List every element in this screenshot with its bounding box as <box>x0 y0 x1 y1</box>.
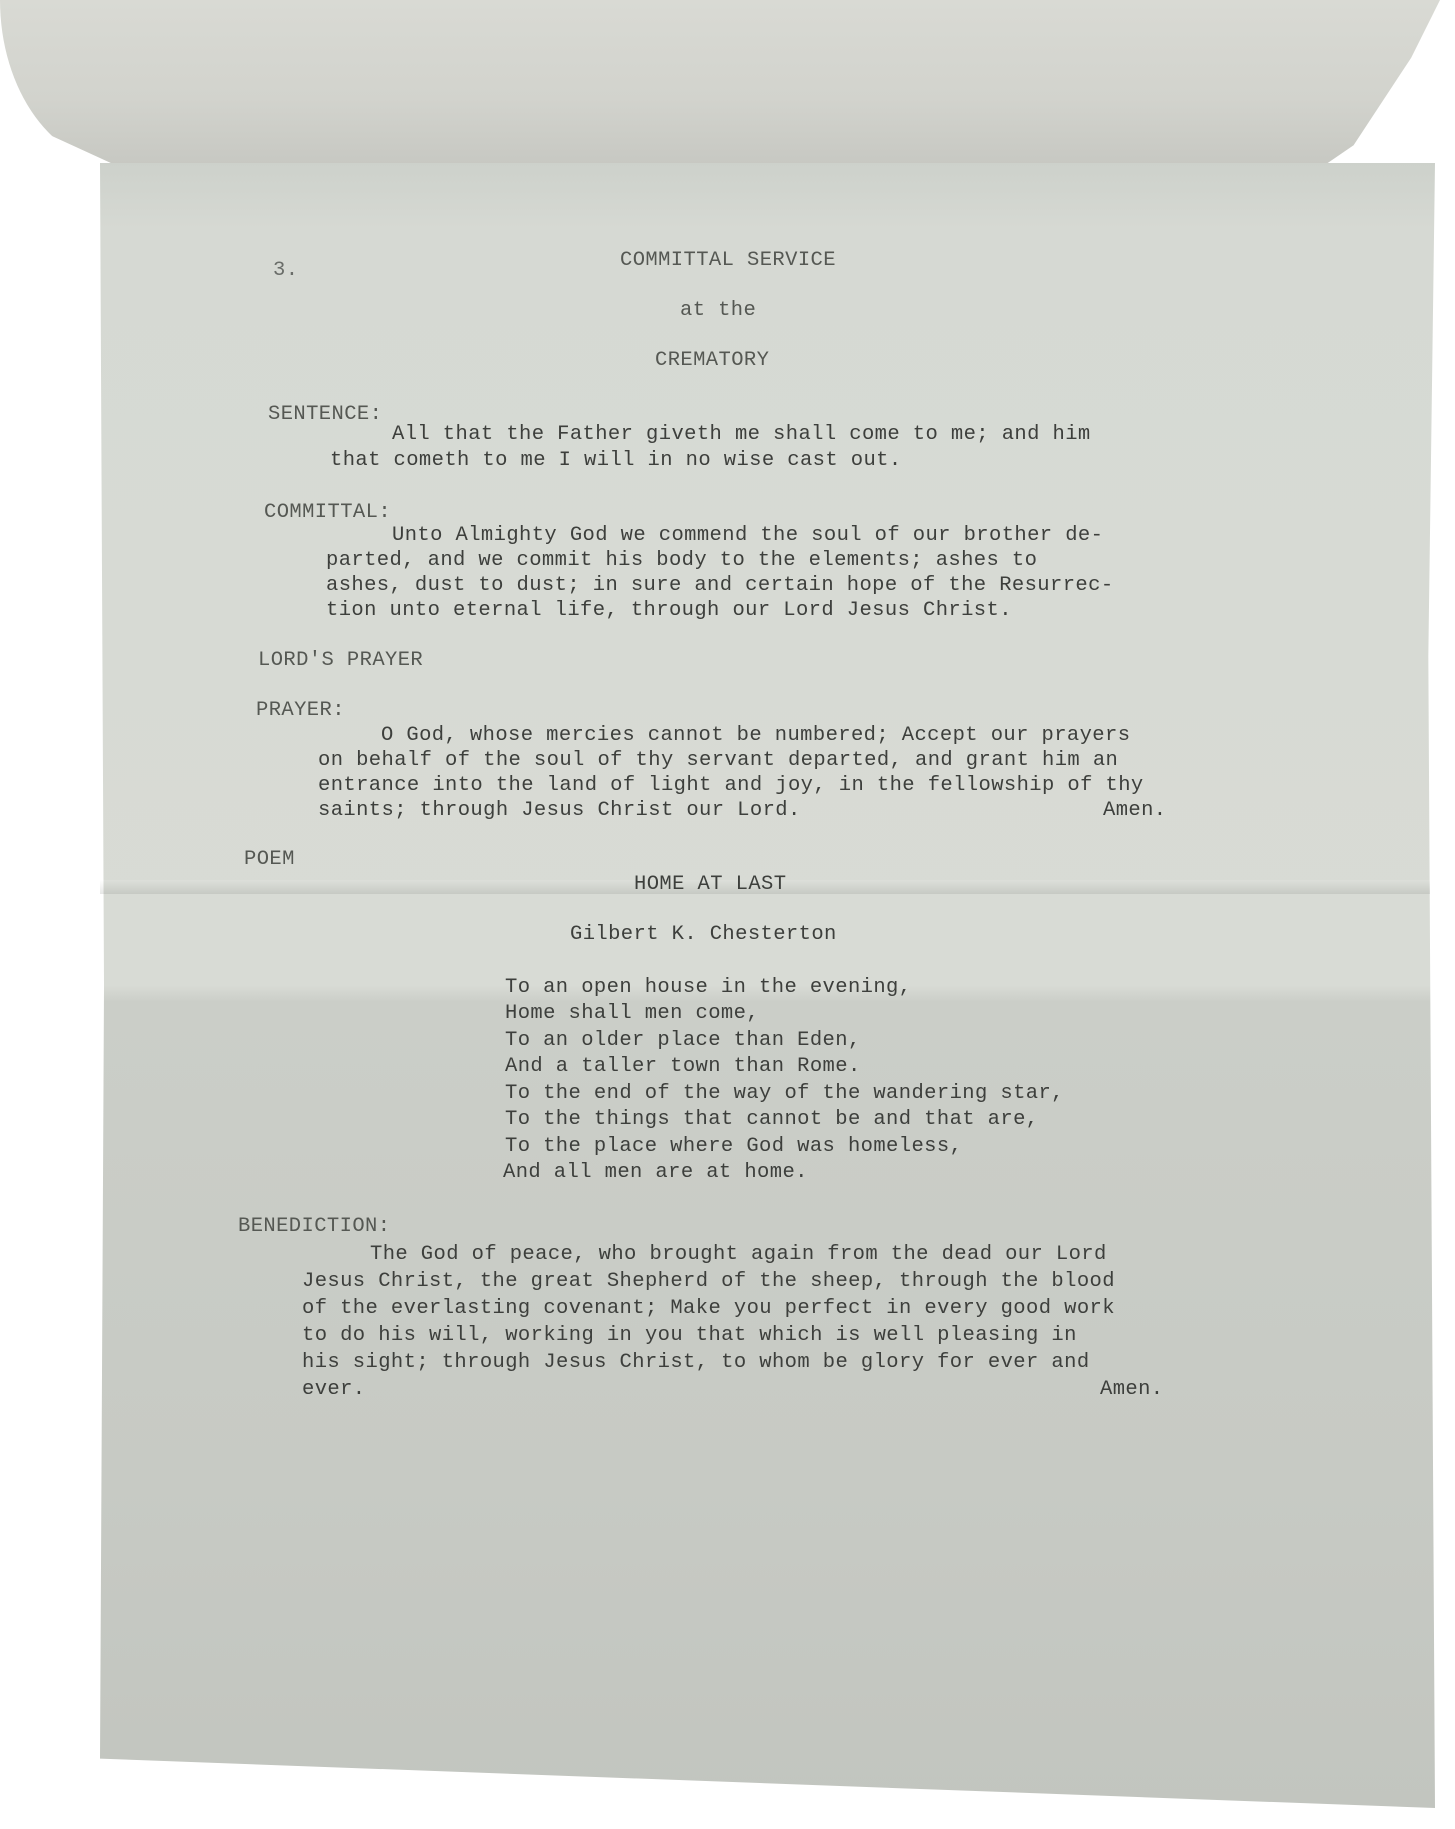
poem-line: And all men are at home. <box>503 1160 808 1187</box>
poem-line: To an older place than Eden, <box>505 1028 861 1055</box>
title-line-2: at the <box>680 298 756 325</box>
title-line-1: COMMITTAL SERVICE <box>620 248 836 275</box>
committal-line: tion unto eternal life, through our Lord… <box>326 598 1012 625</box>
poem-line: To the end of the way of the wandering s… <box>505 1081 1064 1108</box>
poem-title: HOME AT LAST <box>634 872 786 899</box>
prayer-line: on behalf of the soul of thy servant dep… <box>318 748 1118 775</box>
benediction-line: Jesus Christ, the great Shepherd of the … <box>302 1269 1115 1296</box>
poem-line: To the things that cannot be and that ar… <box>505 1107 1038 1134</box>
prayer-line: O God, whose mercies cannot be numbered;… <box>381 723 1130 750</box>
benediction-line: of the everlasting covenant; Make you pe… <box>302 1296 1115 1323</box>
prayer-line: saints; through Jesus Christ our Lord. <box>318 798 801 825</box>
benediction-line: to do his will, working in you that whic… <box>302 1323 1077 1350</box>
curled-previous-page <box>0 0 1440 165</box>
committal-line: ashes, dust to dust; in sure and certain… <box>326 573 1114 600</box>
poem-line: Home shall men come, <box>505 1001 759 1028</box>
sentence-line: All that the Father giveth me shall come… <box>392 422 1091 449</box>
page-number: 3. <box>273 258 298 285</box>
poem-author: Gilbert K. Chesterton <box>570 922 837 949</box>
poem-line: To the place where God was homeless, <box>505 1134 962 1161</box>
committal-label: COMMITTAL: <box>264 500 391 527</box>
poem-line: And a taller town than Rome. <box>505 1054 861 1081</box>
sentence-line: that cometh to me I will in no wise cast… <box>330 448 902 475</box>
poem-label: POEM <box>244 847 295 874</box>
benediction-line: The God of peace, who brought again from… <box>370 1242 1107 1269</box>
prayer-label: PRAYER: <box>256 698 345 725</box>
benediction-label: BENEDICTION: <box>238 1214 390 1241</box>
title-line-3: CREMATORY <box>655 348 769 375</box>
sentence-label: SENTENCE: <box>268 402 382 429</box>
benediction-amen: Amen. <box>1100 1377 1164 1404</box>
prayer-line: entrance into the land of light and joy,… <box>318 773 1144 800</box>
poem-line: To an open house in the evening, <box>505 975 911 1002</box>
benediction-line: ever. <box>302 1377 366 1404</box>
benediction-line: his sight; through Jesus Christ, to whom… <box>302 1350 1090 1377</box>
lords-prayer-label: LORD'S PRAYER <box>258 648 423 675</box>
committal-line: parted, and we commit his body to the el… <box>326 548 1037 575</box>
prayer-amen: Amen. <box>1103 798 1167 825</box>
committal-line: Unto Almighty God we commend the soul of… <box>392 523 1103 550</box>
